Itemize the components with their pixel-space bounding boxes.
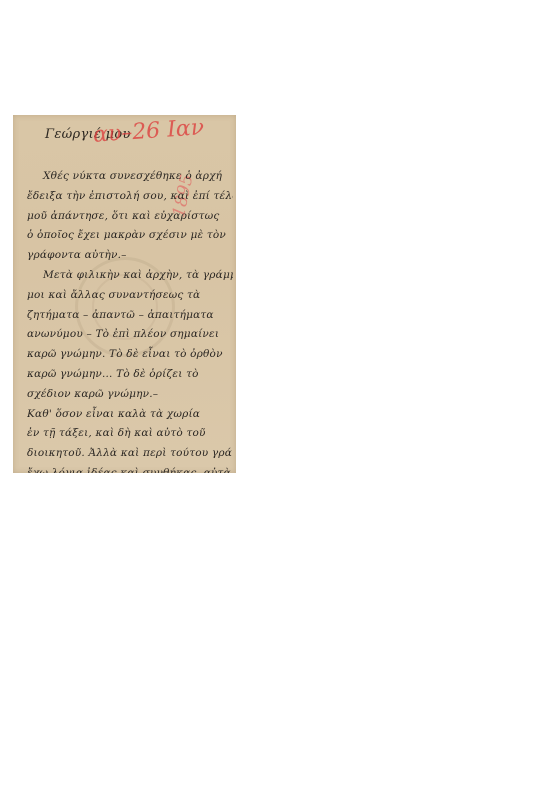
letter-line-text: ανωνύμου – Τὸ ἐπὶ πλέον σημαίνει (27, 328, 219, 340)
letter-line: ζητήματα – ἀπαντῶ – ἀπαιτήματα (27, 306, 233, 326)
letter-line: μοι καὶ ἄλλας συναντήσεως τὰ (27, 286, 233, 306)
letter-line-text: μοι καὶ ἄλλας συναντήσεως τὰ (27, 289, 200, 301)
letter-line-text: Μετὰ φιλικὴν καὶ ἀρχὴν, τὰ γράμματα (43, 269, 233, 281)
letter-line: καρῶ γνώμην. Τὸ δὲ εἶναι τὸ ὀρθὸν (27, 345, 233, 365)
letter-line-text: διοικητοῦ. Ἀλλὰ καὶ περὶ τούτου γράψατε (27, 447, 233, 459)
red-date-annotation: αυ–26 Ιαν (92, 115, 205, 148)
letter-line: γράφοντα αὐτὴν.– (27, 246, 233, 266)
letter-line: Καθ' ὅσον εἶναι καλὰ τὰ χωρία (27, 405, 233, 425)
letter-line-text: ἔχω λόγια ἰδέας καὶ συνθήκας, αὐτὰ (27, 467, 231, 473)
letter-line: ἔδειξα τὴν ἐπιστολή σου, καὶ ἐπί τέλους (27, 187, 233, 207)
letter-line: ἔχω λόγια ἰδέας καὶ συνθήκας, αὐτὰ (27, 464, 233, 473)
letter-line: μοῦ ἀπάντησε, ὅτι καὶ εὐχαρίστως (27, 207, 233, 227)
letter-line-text: καρῶ γνώμην. Τὸ δὲ εἶναι τὸ ὀρθὸν (27, 348, 223, 360)
letter-line: ἐν τῇ τάξει, καὶ δὴ καὶ αὐτὸ τοῦ (27, 424, 233, 444)
letter-line-text: μοῦ ἀπάντησε, ὅτι καὶ εὐχαρίστως (27, 210, 220, 222)
letter-line-text: Χθές νύκτα συνεσχέθηκε ὁ ἀρχή (43, 170, 222, 182)
letter-line-text: σχέδιον καρῶ γνώμην.– (27, 388, 158, 400)
letter-scan-page: Γεώργιέ μου αυ–26 Ιαν 1895 Χθές νύκτα συ… (13, 115, 236, 473)
letter-line: καρῶ γνώμην... Τὸ δὲ ὁρίζει τὸ (27, 365, 233, 385)
letter-line: Χθές νύκτα συνεσχέθηκε ὁ ἀρχή (27, 167, 233, 187)
letter-line-text: γράφοντα αὐτὴν.– (27, 249, 127, 261)
letter-line: ανωνύμου – Τὸ ἐπὶ πλέον σημαίνει (27, 325, 233, 345)
letter-line-text: ἐν τῇ τάξει, καὶ δὴ καὶ αὐτὸ τοῦ (27, 427, 206, 439)
letter-line-text: ὁ ὁποῖος ἔχει μακρὰν σχέσιν μὲ τὸν (27, 229, 226, 241)
letter-line: ὁ ὁποῖος ἔχει μακρὰν σχέσιν μὲ τὸν (27, 226, 233, 246)
letter-line: σχέδιον καρῶ γνώμην.– (27, 385, 233, 405)
letter-body: Χθές νύκτα συνεσχέθηκε ὁ ἀρχήἔδειξα τὴν … (27, 167, 233, 473)
letter-line-text: ἔδειξα τὴν ἐπιστολή σου, καὶ ἐπί τέλους (27, 190, 233, 202)
letter-line-text: καρῶ γνώμην... Τὸ δὲ ὁρίζει τὸ (27, 368, 199, 380)
letter-line-text: ζητήματα – ἀπαντῶ – ἀπαιτήματα (27, 309, 214, 321)
letter-line-text: Καθ' ὅσον εἶναι καλὰ τὰ χωρία (27, 408, 200, 420)
letter-line: Μετὰ φιλικὴν καὶ ἀρχὴν, τὰ γράμματα (27, 266, 233, 286)
letter-line: διοικητοῦ. Ἀλλὰ καὶ περὶ τούτου γράψατε (27, 444, 233, 464)
